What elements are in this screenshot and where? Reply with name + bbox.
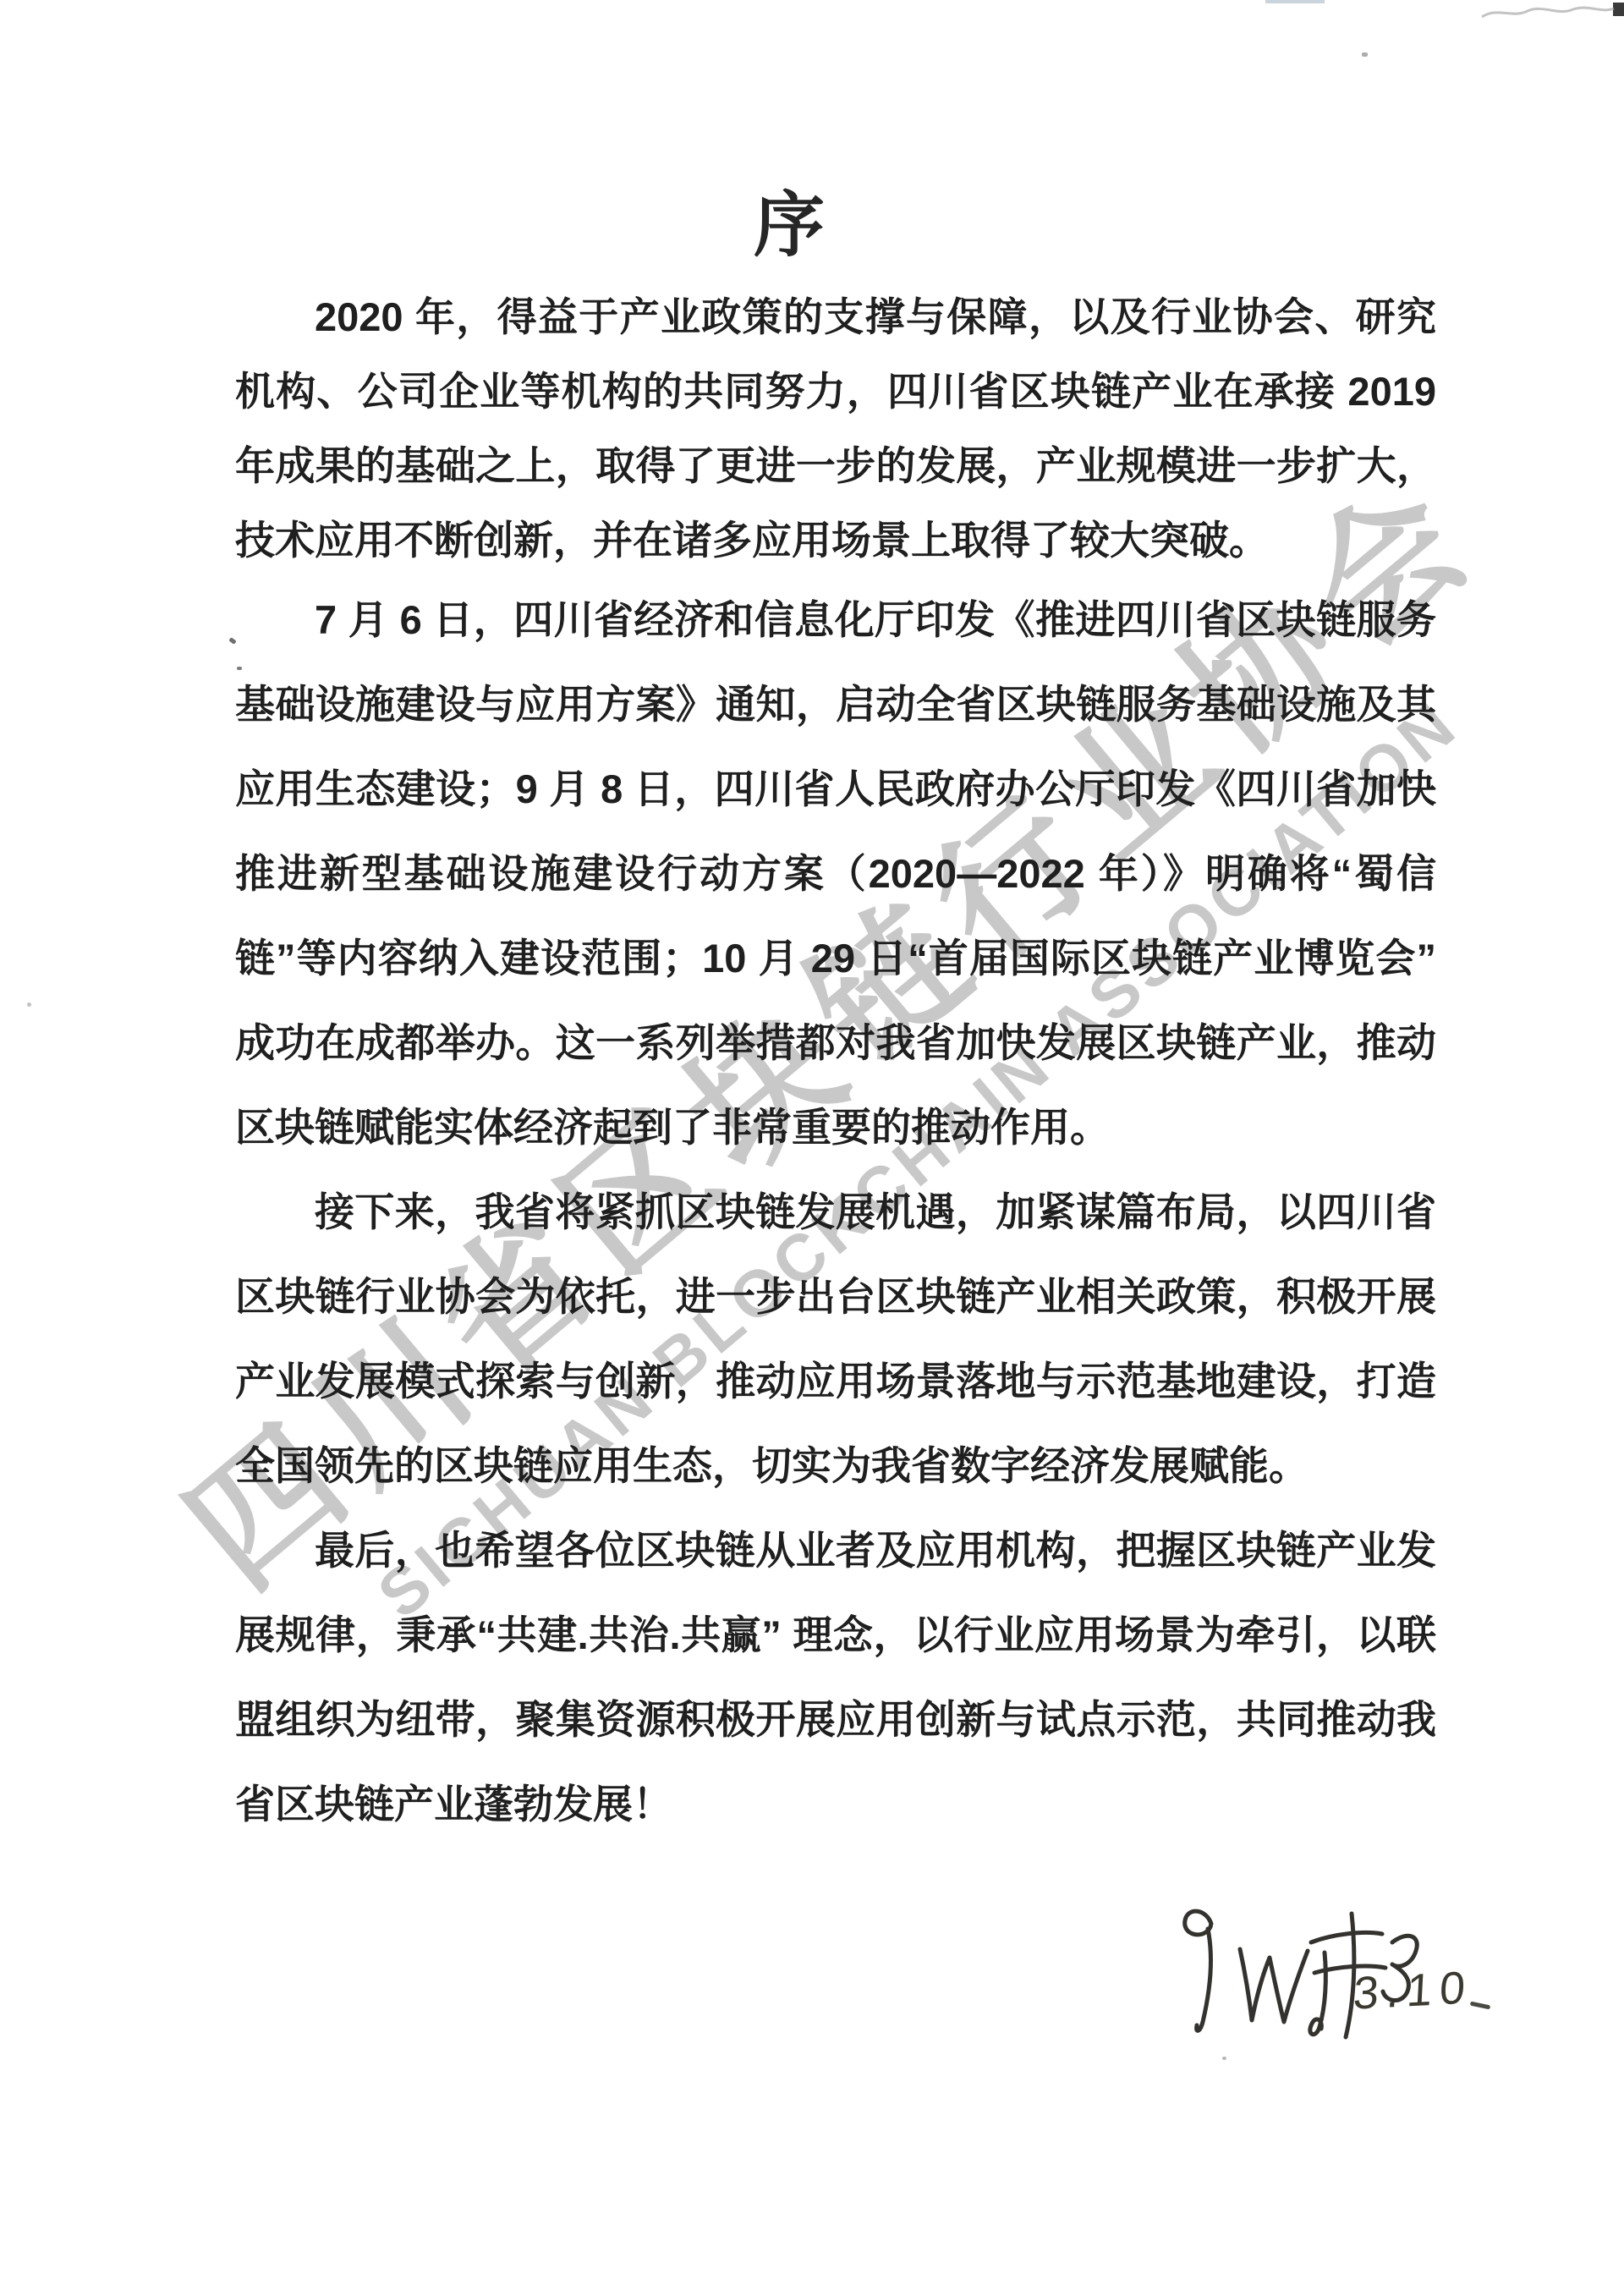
text-line: 产业发展模式探索与创新，推动应用场景落地与示范基地建设，打造 bbox=[235, 1339, 1436, 1424]
text-line: 全国领先的区块链应用生态，切实为我省数字经济发展赋能。 bbox=[235, 1424, 1436, 1508]
text-line: 最后，也希望各位区块链从业者及应用机构，把握区块链产业发 bbox=[235, 1508, 1436, 1593]
scan-artifact-speck bbox=[1222, 2057, 1226, 2060]
paragraph: 最后，也希望各位区块链从业者及应用机构，把握区块链产业发展规律，秉承“共建.共治… bbox=[235, 1508, 1436, 1847]
scan-artifact-speck bbox=[237, 667, 242, 670]
paragraph: 7 月 6 日，四川省经济和信息化厅印发《推进四川省区块链服务基础设施建设与应用… bbox=[235, 578, 1436, 1170]
text-line: 省区块链产业蓬勃发展！ bbox=[235, 1762, 1436, 1847]
text-line: 应用生态建设；9 月 8 日，四川省人民政府办公厅印发《四川省加快 bbox=[235, 747, 1436, 832]
signature-date: 3.10 bbox=[1352, 1961, 1473, 2020]
text-line: 接下来，我省将紧抓区块链发展机遇，加紧谋篇布局，以四川省 bbox=[235, 1170, 1436, 1255]
text-line: 推进新型基础设施建设行动方案（2020—2022 年）》明确将“蜀信 bbox=[235, 832, 1436, 916]
text-line: 机构、公司企业等机构的共同努力，四川省区块链产业在承接 2019 bbox=[235, 354, 1436, 429]
text-line: 基础设施建设与应用方案》通知，启动全省区块链服务基础设施及其 bbox=[235, 662, 1436, 747]
text-line: 7 月 6 日，四川省经济和信息化厅印发《推进四川省区块链服务 bbox=[235, 578, 1436, 662]
scan-artifact-streak bbox=[1265, 0, 1325, 3]
text-line: 区块链赋能实体经济起到了非常重要的推动作用。 bbox=[235, 1085, 1436, 1170]
text-line: 成功在成都举办。这一系列举措都对我省加快发展区块链产业，推动 bbox=[235, 1001, 1436, 1085]
text-line: 年成果的基础之上，取得了更进一步的发展，产业规模进一步扩大， bbox=[235, 429, 1436, 503]
text-line: 链”等内容纳入建设范围；10 月 29 日“首届国际区块链产业博览会” bbox=[235, 916, 1436, 1001]
page-title: 序 bbox=[0, 188, 1601, 266]
scan-artifact-squiggle bbox=[1480, 3, 1616, 22]
scan-artifact-speck bbox=[27, 1002, 31, 1007]
scan-artifact-speck bbox=[1362, 52, 1368, 57]
text-line: 区块链行业协会为依托，进一步出台区块链产业相关政策，积极开展 bbox=[235, 1255, 1436, 1339]
scan-page: 四川省区块链行业协会 SICHUAN BLOCKCHAIN ASSOCIATIO… bbox=[0, 0, 1624, 2296]
text-line: 展规律，秉承“共建.共治.共赢” 理念，以行业应用场景为牵引，以联 bbox=[235, 1593, 1436, 1678]
paragraph: 2020 年，得益于产业政策的支撑与保障，以及行业协会、研究机构、公司企业等机构… bbox=[235, 280, 1436, 578]
text-line: 技术应用不断创新，并在诸多应用场景上取得了较大突破。 bbox=[235, 503, 1436, 578]
text-line: 2020 年，得益于产业政策的支撑与保障，以及行业协会、研究 bbox=[235, 280, 1436, 354]
document-body: 2020 年，得益于产业政策的支撑与保障，以及行业协会、研究机构、公司企业等机构… bbox=[235, 280, 1436, 1847]
paragraph: 接下来，我省将紧抓区块链发展机遇，加紧谋篇布局，以四川省区块链行业协会为依托，进… bbox=[235, 1170, 1436, 1508]
text-line: 盟组织为纽带，聚集资源积极开展应用创新与试点示范，共同推动我 bbox=[235, 1678, 1436, 1762]
